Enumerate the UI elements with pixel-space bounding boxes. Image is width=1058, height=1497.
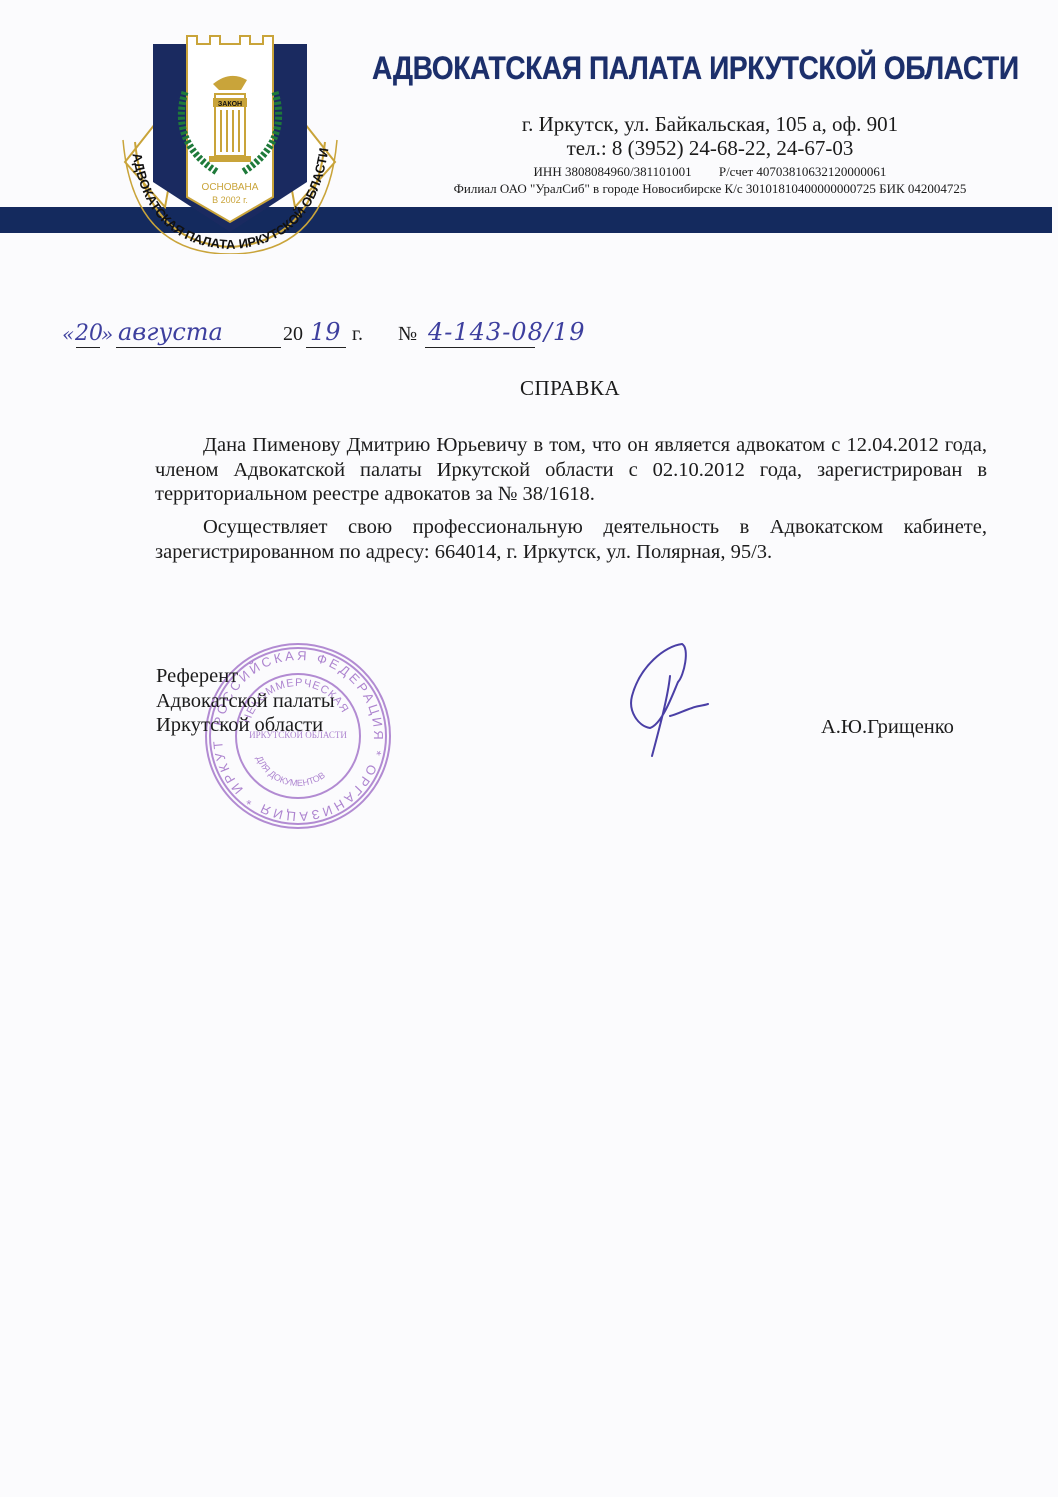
bar-association-emblem-icon: ЗАКОН ОСНОВАНА В 2002 г. АДВОКАТСКАЯ ПАЛ…: [105, 32, 355, 254]
svg-text:ДЛЯ ДОКУМЕНТОВ: ДЛЯ ДОКУМЕНТОВ: [254, 754, 327, 788]
svg-text:ЗАКОН: ЗАКОН: [218, 101, 242, 108]
quote-close: »: [101, 322, 113, 346]
document-title: СПРАВКА: [0, 376, 1058, 401]
paragraph-text: Осуществляет свою профессиональную деяте…: [155, 515, 987, 564]
svg-text:В 2002 г.: В 2002 г.: [212, 195, 248, 205]
organization-phone: тел.: 8 (3952) 24-68-22, 24-67-03: [380, 136, 1040, 161]
bank-account: Р/счет 40703810632120000061: [719, 164, 887, 179]
organization-address: г. Иркутск, ул. Байкальская, 105 а, оф. …: [380, 112, 1040, 137]
signer-name: А.Ю.Грищенко: [821, 716, 954, 739]
position-line: Референт: [156, 664, 335, 689]
year-prefix: 20: [283, 323, 303, 346]
bank-details: Филиал ОАО "УралСиб" в городе Новосибирс…: [380, 181, 1040, 197]
year-g: г.: [352, 323, 363, 346]
year-suffix: 19: [310, 318, 341, 346]
quote-open: «: [62, 322, 74, 346]
registration-day: 20: [75, 321, 103, 346]
position-line: Адвокатской палаты: [156, 689, 335, 714]
registration-month: августа: [118, 318, 223, 346]
number-sign: №: [398, 323, 417, 346]
paragraph-certificate: Дана Пименову Дмитрию Юрьевичу в том, чт…: [155, 433, 987, 507]
paragraph-text: Дана Пименову Дмитрию Юрьевичу в том, чт…: [155, 433, 987, 507]
position-line: Иркутской области: [156, 713, 335, 738]
inn: ИНН 3808084960/381101001: [534, 164, 692, 179]
registration-line: « 20 » августа 20 19 г. № 4-143-08/19: [62, 312, 662, 352]
registration-number: 4-143-08/19: [428, 318, 585, 346]
svg-text:ОСНОВАНА: ОСНОВАНА: [202, 182, 259, 193]
paragraph-practice: Осуществляет свою профессиональную деяте…: [155, 515, 987, 564]
organization-name: АДВОКАТСКАЯ ПАЛАТА ИРКУТСКОЙ ОБЛАСТИ: [372, 50, 918, 87]
handwritten-signature-icon: [620, 636, 730, 766]
organization-requisites: ИНН 3808084960/381101001 Р/счет 40703810…: [380, 164, 1040, 180]
signer-position: Референт Адвокатской палаты Иркутской об…: [156, 664, 335, 738]
